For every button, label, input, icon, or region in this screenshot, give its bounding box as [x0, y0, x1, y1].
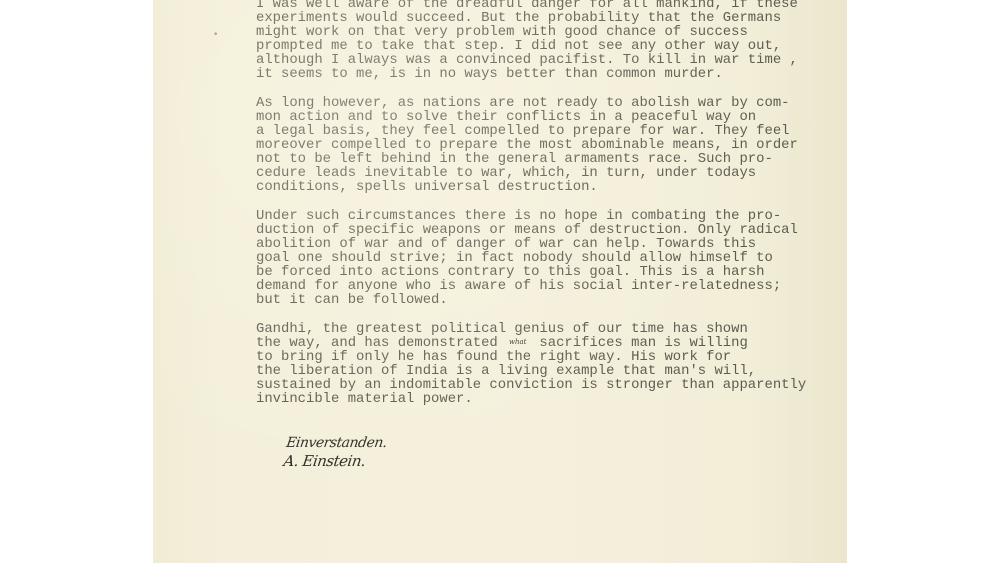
text-line: mon action and to solve their conflicts … [256, 110, 836, 124]
paragraph-2: As long however, as nations are not read… [256, 96, 836, 194]
paragraph-1: I was well aware of the dreadful danger … [256, 0, 836, 81]
handwritten-annotation: what [509, 338, 527, 346]
text-line: conditions, spells universal destruction… [256, 180, 836, 194]
text-line: As long however, as nations are not read… [256, 96, 836, 110]
text-line: be forced into actions contrary to this … [256, 265, 836, 279]
paper-speck: • [213, 30, 218, 40]
signature-block: Einverstanden. A. Einstein. [282, 434, 388, 470]
text-line: moreover compelled to prepare the most a… [256, 138, 836, 152]
signature-approval: Einverstanden. [285, 434, 388, 452]
letter-page: • I was well aware of the dreadful dange… [153, 0, 847, 563]
text-line: the liberation of India is a living exam… [256, 364, 836, 378]
text-line: experiments would succeed. But the proba… [256, 11, 836, 25]
text-line: but it can be followed. [256, 293, 836, 307]
text-line: abolition of war and of danger of war ca… [256, 237, 836, 251]
text-line: prompted me to take that step. I did not… [256, 39, 836, 53]
text-line: sustained by an indomitable conviction i… [256, 378, 836, 392]
text-line: might work on that very problem with goo… [256, 25, 836, 39]
text-line: Under such circumstances there is no hop… [256, 209, 836, 223]
signature-name: A. Einstein. [282, 452, 385, 470]
text-line: to bring if only he has found the right … [256, 350, 836, 364]
text-line: although I always was a convinced pacifi… [256, 53, 836, 67]
text-line: demand for anyone who is aware of his so… [256, 279, 836, 293]
text-line: a legal basis, they feel compelled to pr… [256, 124, 836, 138]
text-line: Gandhi, the greatest political genius of… [256, 322, 836, 336]
text-line: the way, and has demonstrated sacrifices… [256, 336, 836, 350]
text-line: duction of specific weapons or means of … [256, 223, 836, 237]
paragraph-3: Under such circumstances there is no hop… [256, 209, 836, 307]
text-line: goal one should strive; in fact nobody s… [256, 251, 836, 265]
text-line: cedure leads inevitable to war, which, i… [256, 166, 836, 180]
letter-body: I was well aware of the dreadful danger … [256, 0, 836, 420]
paragraph-4: Gandhi, the greatest political genius of… [256, 322, 836, 406]
text-line: not to be left behind in the general arm… [256, 152, 836, 166]
text-line: it seems to me, is in no ways better tha… [256, 67, 836, 81]
text-line: invincible material power. [256, 392, 836, 406]
